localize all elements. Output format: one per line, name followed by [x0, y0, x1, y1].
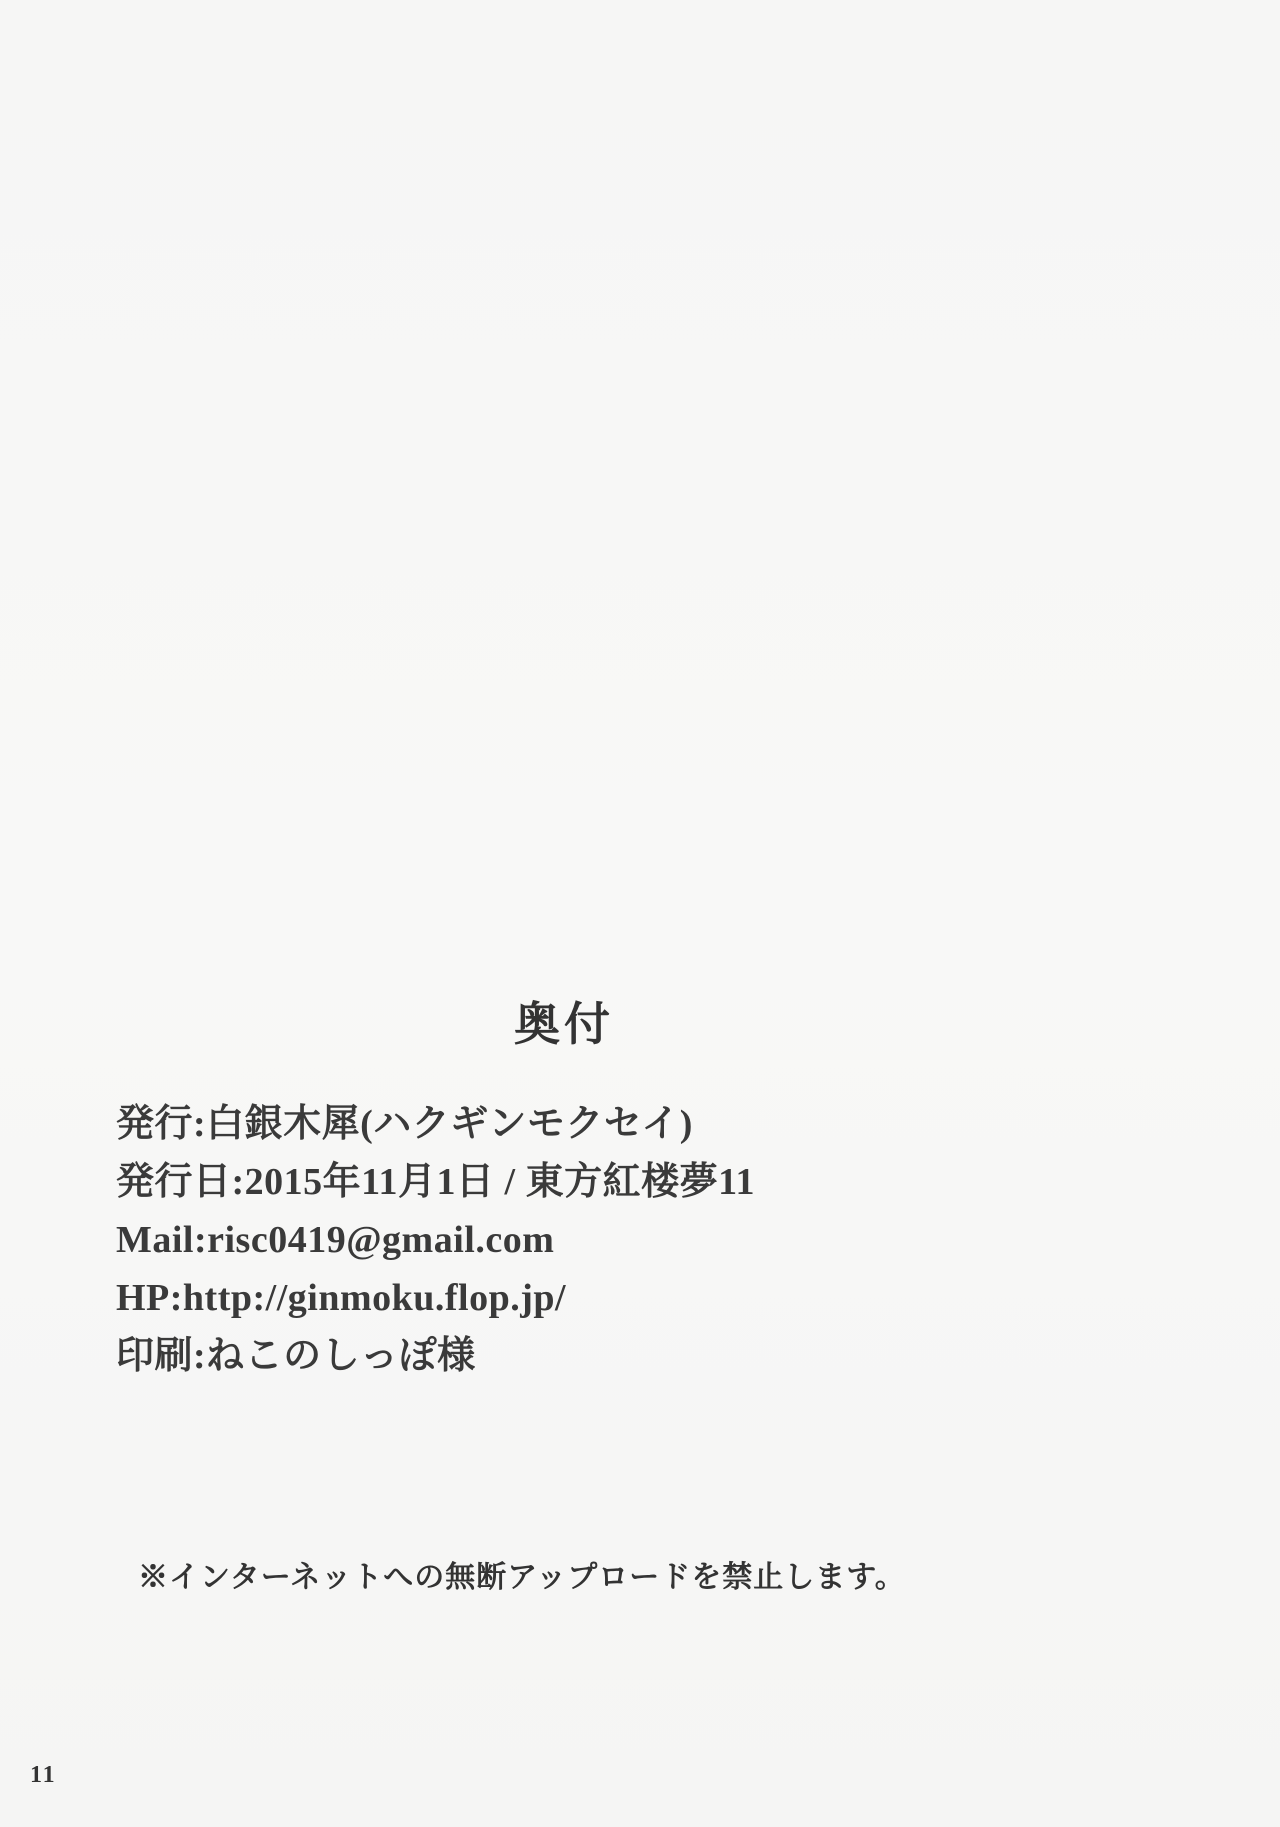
colophon-block: 発行:白銀木犀(ハクギンモクセイ) 発行日:2015年11月1日 / 東方紅楼夢… — [116, 1095, 755, 1385]
mail-line: Mail:risc0419@gmail.com — [116, 1211, 755, 1269]
upload-prohibition-notice: ※インターネットへの無断アップロードを禁止します。 — [138, 1552, 906, 1596]
publish-date-line: 発行日:2015年11月1日 / 東方紅楼夢11 — [116, 1153, 755, 1211]
printer-line: 印刷:ねこのしっぽ様 — [116, 1327, 755, 1385]
page-number: 11 — [30, 1762, 57, 1789]
publisher-line: 発行:白銀木犀(ハクギンモクセイ) — [116, 1095, 755, 1153]
colophon-page: 奥付 発行:白銀木犀(ハクギンモクセイ) 発行日:2015年11月1日 / 東方… — [0, 0, 1280, 1827]
page-title: 奥付 — [0, 988, 1128, 1054]
homepage-line: HP:http://ginmoku.flop.jp/ — [116, 1269, 755, 1327]
